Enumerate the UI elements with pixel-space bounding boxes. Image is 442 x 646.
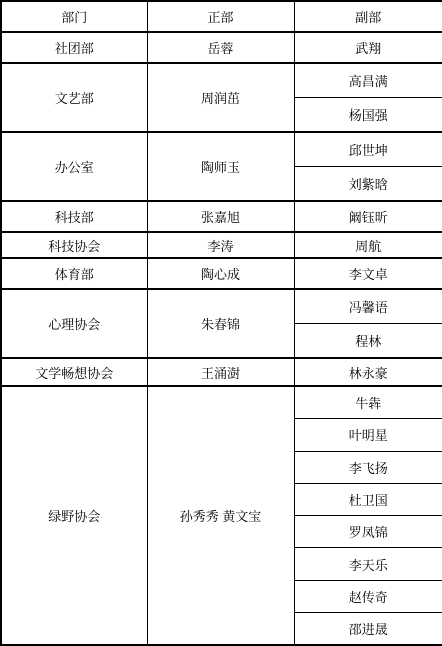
- deputy-cell: 李文卓: [294, 258, 442, 289]
- department-cell: 文艺部: [1, 63, 147, 132]
- header-cell-department: 部门: [1, 1, 147, 32]
- head-cell: 陶师玉: [147, 132, 294, 201]
- department-cell: 办公室: [1, 132, 147, 201]
- table-row: 科技部张嘉旭阚钰昕: [1, 201, 442, 232]
- deputy-cell: 罗凤锦: [294, 516, 442, 548]
- deputy-cell: 武翔: [294, 32, 442, 63]
- deputy-cell: 赵传奇: [294, 580, 442, 612]
- table-row: 体育部陶心成李文卓: [1, 258, 442, 289]
- table-row: 文艺部周润茁高昌满: [1, 63, 442, 97]
- deputy-cell: 林永豪: [294, 358, 442, 386]
- head-cell: 孙秀秀 黄文宝: [147, 386, 294, 645]
- head-cell: 岳蓉: [147, 32, 294, 63]
- deputy-cell: 牛犇: [294, 386, 442, 418]
- table-body: 社团部岳蓉武翔文艺部周润茁高昌满杨国强办公室陶师玉邱世坤刘紫晗科技部张嘉旭阚钰昕…: [1, 32, 442, 645]
- deputy-cell: 杨国强: [294, 98, 442, 132]
- table-row: 绿野协会孙秀秀 黄文宝牛犇: [1, 386, 442, 418]
- header-row: 部门 正部 副部: [1, 1, 442, 32]
- deputy-cell: 阚钰昕: [294, 201, 442, 232]
- head-cell: 陶心成: [147, 258, 294, 289]
- deputy-cell: 邵进晟: [294, 613, 442, 645]
- department-cell: 科技协会: [1, 232, 147, 258]
- table-row: 办公室陶师玉邱世坤: [1, 132, 442, 166]
- deputy-cell: 周航: [294, 232, 442, 258]
- deputy-cell: 李飞扬: [294, 451, 442, 483]
- deputy-cell: 程林: [294, 324, 442, 358]
- head-cell: 周润茁: [147, 63, 294, 132]
- department-cell: 科技部: [1, 201, 147, 232]
- head-cell: 李涛: [147, 232, 294, 258]
- deputy-cell: 邱世坤: [294, 132, 442, 166]
- department-cell: 文学畅想协会: [1, 358, 147, 386]
- department-cell: 绿野协会: [1, 386, 147, 645]
- table-header: 部门 正部 副部: [1, 1, 442, 32]
- department-cell: 社团部: [1, 32, 147, 63]
- table-row: 社团部岳蓉武翔: [1, 32, 442, 63]
- deputy-cell: 李天乐: [294, 548, 442, 580]
- deputy-cell: 冯馨语: [294, 289, 442, 323]
- deputy-cell: 杜卫国: [294, 483, 442, 515]
- head-cell: 朱春锦: [147, 289, 294, 358]
- deputy-cell: 高昌满: [294, 63, 442, 97]
- table-row: 文学畅想协会王涌澍林永豪: [1, 358, 442, 386]
- header-cell-deputy: 副部: [294, 1, 442, 32]
- table-row: 心理协会朱春锦冯馨语: [1, 289, 442, 323]
- header-cell-head: 正部: [147, 1, 294, 32]
- table-row: 科技协会李涛周航: [1, 232, 442, 258]
- head-cell: 张嘉旭: [147, 201, 294, 232]
- deputy-cell: 刘紫晗: [294, 166, 442, 200]
- head-cell: 王涌澍: [147, 358, 294, 386]
- org-table: 部门 正部 副部 社团部岳蓉武翔文艺部周润茁高昌满杨国强办公室陶师玉邱世坤刘紫晗…: [0, 0, 442, 646]
- department-cell: 体育部: [1, 258, 147, 289]
- deputy-cell: 叶明星: [294, 419, 442, 451]
- department-cell: 心理协会: [1, 289, 147, 358]
